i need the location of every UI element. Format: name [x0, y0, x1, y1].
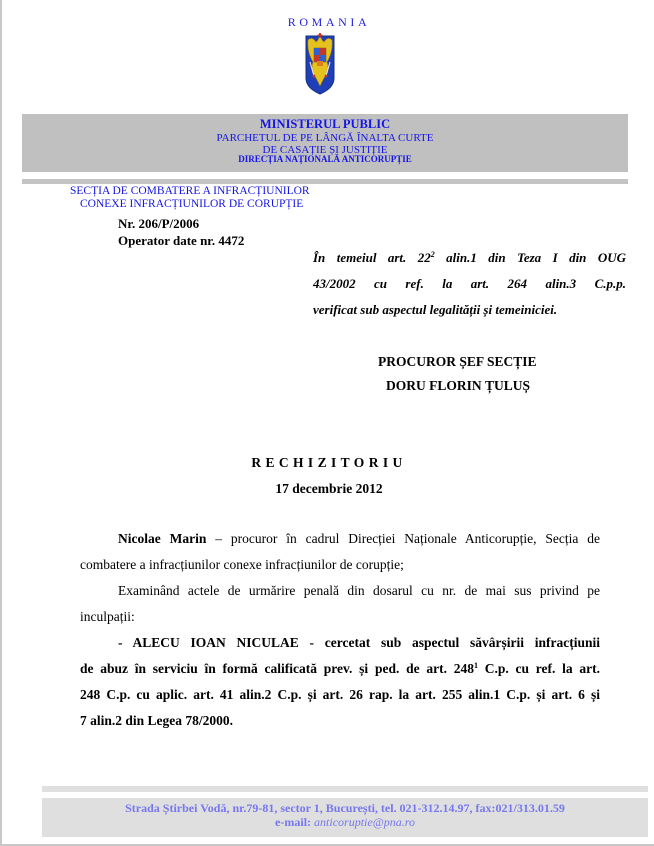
- footer-divider: [42, 786, 648, 792]
- signatory-block: PROCUROR ȘEF SECȚIE DORU FLORIN ȚULUȘ: [378, 350, 537, 398]
- email-label: e-mail:: [275, 815, 311, 829]
- case-identifiers: Nr. 206/P/2006 Operator date nr. 4472: [118, 215, 244, 249]
- body-line: inculpații:: [80, 604, 600, 630]
- section-name: SECȚIA DE COMBATERE A INFRACȚIUNILOR CON…: [70, 185, 310, 211]
- verification-line-1: În temeiul art. 222 alin.1 din Teza I di…: [313, 245, 626, 271]
- body-line: 7 alin.2 din Legea 78/2000.: [80, 708, 600, 734]
- footer-address: Strada Știrbei Vodă, nr.79-81, sector 1,…: [42, 801, 648, 816]
- operator-number: Operator date nr. 4472: [118, 232, 244, 249]
- romania-coat-of-arms-icon: [305, 32, 335, 95]
- signatory-role: PROCUROR ȘEF SECȚIE: [378, 350, 537, 374]
- body-line: - ALECU IOAN NICULAE - cercetat sub aspe…: [80, 630, 600, 656]
- body-line: de abuz în serviciu în formă calificată …: [80, 656, 600, 682]
- directorate-name: DIRECȚIA NAȚIONALĂ ANTICORUPȚIE: [22, 154, 628, 164]
- country-heading: ROMANIA: [2, 15, 654, 30]
- footer-email-line: e-mail: anticoruptie@pna.ro: [42, 815, 648, 830]
- header-divider: [22, 179, 628, 184]
- parchet-line-1: PARCHETUL DE PE LÂNGĂ ÎNALTA CURTE: [22, 132, 628, 144]
- document-title: RECHIZITORIU: [2, 455, 654, 471]
- verification-text: În temeiul art. 22: [313, 250, 431, 265]
- body-line: combatere a infracțiunilor conexe infrac…: [80, 552, 600, 578]
- signatory-name: DORU FLORIN ȚULUȘ: [378, 374, 537, 398]
- email-link[interactable]: anticoruptie@pna.ro: [314, 815, 415, 829]
- body-text: C.p. cu ref. la art.: [478, 661, 600, 676]
- verification-text: alin.1 din Teza I din OUG: [435, 250, 626, 265]
- body-text: – procuror în cadrul Direcției Naționale…: [206, 531, 600, 546]
- body-line: Examinând actele de urmărire penală din …: [80, 578, 600, 604]
- verification-line-3: verificat sub aspectul legalității și te…: [313, 297, 626, 323]
- body-line: Nicolae Marin – procuror în cadrul Direc…: [80, 526, 600, 552]
- document-page: ROMANIA MINISTERUL PUBLIC PARCHETUL DE P…: [0, 0, 654, 846]
- section-line-1: SECȚIA DE COMBATERE A INFRACȚIUNILOR: [70, 185, 310, 198]
- case-number: Nr. 206/P/2006: [118, 215, 244, 232]
- institution-name: MINISTERUL PUBLIC: [22, 117, 628, 132]
- prosecutor-name: Nicolae Marin: [118, 531, 206, 546]
- verification-note: În temeiul art. 222 alin.1 din Teza I di…: [313, 245, 626, 323]
- body-line: 248 C.p. cu aplic. art. 41 alin.2 C.p. ș…: [80, 682, 600, 708]
- body-text: de abuz în serviciu în formă calificată …: [80, 661, 474, 676]
- letterhead-box: MINISTERUL PUBLIC PARCHETUL DE PE LÂNGĂ …: [22, 114, 628, 172]
- document-date: 17 decembrie 2012: [2, 481, 654, 497]
- footer: Strada Știrbei Vodă, nr.79-81, sector 1,…: [42, 798, 648, 837]
- document-body: Nicolae Marin – procuror în cadrul Direc…: [80, 526, 600, 734]
- verification-line-2: 43/2002 cu ref. la art. 264 alin.3 C.p.p…: [313, 271, 626, 297]
- section-line-2: CONEXE INFRACȚIUNILOR DE CORUPȚIE: [70, 198, 310, 211]
